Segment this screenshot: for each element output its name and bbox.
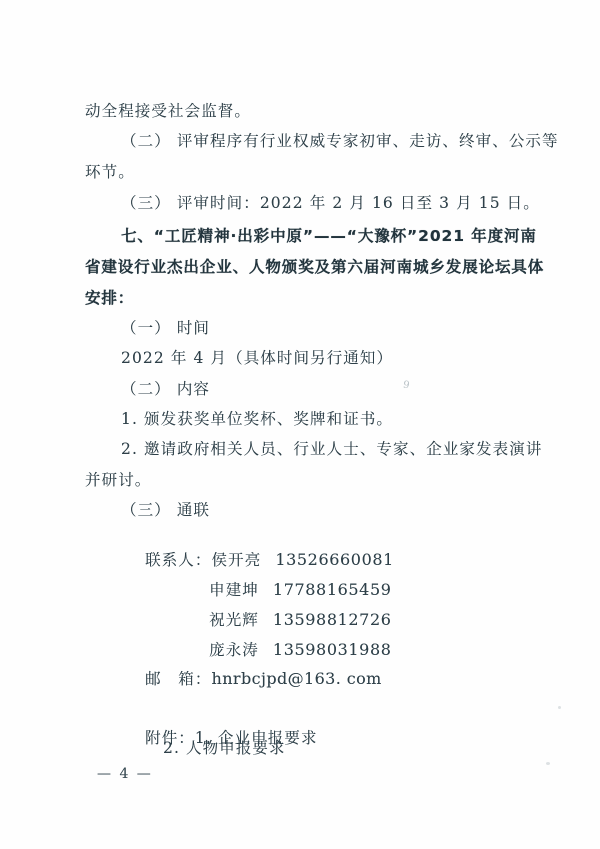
scan-speck (558, 706, 561, 709)
line-content-item2: 2. 邀请政府相关人员、行业人士、专家、企业家发表演讲 (121, 439, 542, 459)
line-content-item1: 1. 颁发获奖单位奖杯、奖牌和证书。 (121, 409, 393, 429)
heading-section7-line2: 省建设行业杰出企业、人物颁奖及第六届河南城乡发展论坛具体 (85, 257, 544, 277)
email-row: 邮 箱：hnrbcjpd@163. com (121, 649, 382, 709)
line-content-item2-cont: 并研讨。 (85, 470, 151, 490)
line-review-procedure-cont: 环节。 (85, 162, 135, 182)
heading-section7-line3: 安排： (85, 288, 134, 308)
line-social-supervision: 动全程接受社会监督。 (85, 101, 251, 121)
subhead-time: （一） 时间 (121, 318, 210, 338)
email-address: hnrbcjpd@163. com (212, 669, 382, 688)
attachment-item: 2. 人物申报要求 (163, 738, 286, 758)
line-review-time: （三） 评审时间：2022 年 2 月 16 日至 3 月 15 日。 (121, 193, 540, 213)
heading-section7-line1: 七、“工匠精神·出彩中原”——“大豫杯”2021 年度河南 (121, 226, 537, 246)
subhead-content: （二） 内容 (121, 379, 210, 399)
subhead-liaison: （三） 通联 (121, 500, 210, 520)
scan-speck (546, 762, 550, 765)
scanned-document-page: 动全程接受社会监督。 （二） 评审程序有行业权威专家初审、走访、终审、公示等 环… (0, 0, 600, 849)
scan-artifact-mark: 9 (402, 380, 410, 392)
email-label: 邮 箱： (145, 670, 211, 688)
line-review-procedure: （二） 评审程序有行业权威专家初审、走访、终审、公示等 (121, 131, 559, 151)
line-event-date: 2022 年 4 月（具体时间另行通知） (121, 348, 393, 368)
page-number: — 4 — (97, 764, 153, 784)
